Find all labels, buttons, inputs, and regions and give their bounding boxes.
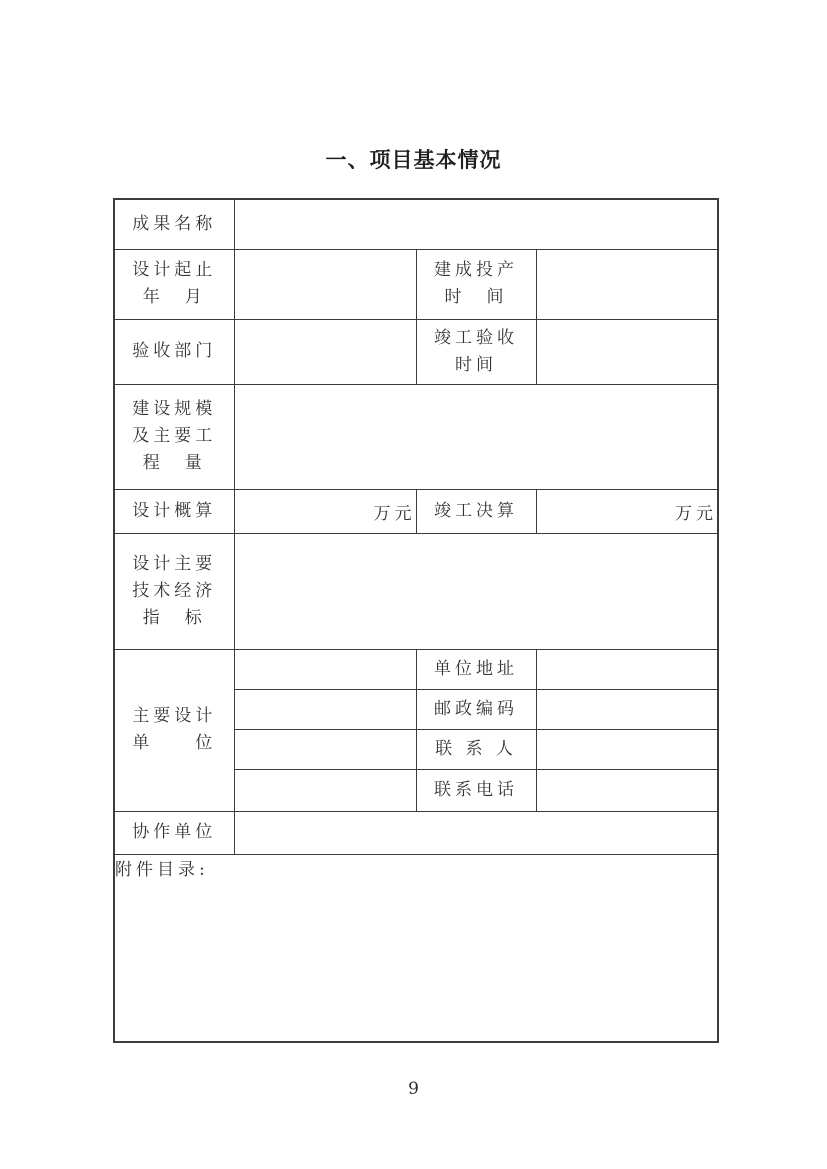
- unit-address-label: 单位地址: [416, 649, 536, 689]
- cooperation-unit-label: 协作单位: [114, 811, 234, 854]
- result-name-label: 成果名称: [114, 199, 234, 249]
- page-title: 一、项目基本情况: [0, 144, 827, 174]
- row-tech-indicator: 设计主要 技术经济 指 标: [114, 533, 718, 649]
- acceptance-dept-label: 验收部门: [114, 319, 234, 384]
- cooperation-unit-value-cell[interactable]: [234, 811, 718, 854]
- final-account-label: 竣工决算: [416, 489, 536, 533]
- final-acceptance-value-cell[interactable]: [536, 319, 718, 384]
- design-unit-name-cell-2[interactable]: [234, 689, 416, 729]
- row-design-unit-1: 主要设计 单 位 单位地址: [114, 649, 718, 689]
- contact-phone-label: 联系电话: [416, 769, 536, 811]
- postal-code-label: 邮政编码: [416, 689, 536, 729]
- design-unit-name-cell-1[interactable]: [234, 649, 416, 689]
- tech-indicator-label: 设计主要 技术经济 指 标: [114, 533, 234, 649]
- design-period-label: 设计起止 年 月: [114, 249, 234, 319]
- tech-indicator-value-cell[interactable]: [234, 533, 718, 649]
- design-estimate-label: 设计概算: [114, 489, 234, 533]
- row-scale: 建设规模 及主要工 程 量: [114, 384, 718, 489]
- final-account-value-cell[interactable]: 万元: [536, 489, 718, 533]
- main-design-unit-label: 主要设计 单 位: [114, 649, 234, 811]
- acceptance-dept-value-cell[interactable]: [234, 319, 416, 384]
- row-cooperation-unit: 协作单位: [114, 811, 718, 854]
- completion-date-value-cell[interactable]: [536, 249, 718, 319]
- row-design-period: 设计起止 年 月 建成投产 时 间: [114, 249, 718, 319]
- completion-date-label: 建成投产 时 间: [416, 249, 536, 319]
- unit-address-value-cell[interactable]: [536, 649, 718, 689]
- row-budget: 设计概算 万元 竣工决算 万元: [114, 489, 718, 533]
- design-estimate-value-cell[interactable]: 万元: [234, 489, 416, 533]
- design-unit-name-cell-4[interactable]: [234, 769, 416, 811]
- contact-person-value-cell[interactable]: [536, 729, 718, 769]
- design-unit-name-cell-3[interactable]: [234, 729, 416, 769]
- scale-value-cell[interactable]: [234, 384, 718, 489]
- row-attachments: 附件目录:: [114, 854, 718, 1042]
- attachment-list-cell[interactable]: 附件目录:: [114, 854, 718, 1042]
- result-name-value-cell[interactable]: [234, 199, 718, 249]
- page-number: 9: [0, 1079, 827, 1099]
- row-acceptance: 验收部门 竣工验收 时间: [114, 319, 718, 384]
- final-acceptance-label: 竣工验收 时间: [416, 319, 536, 384]
- project-info-table: 成果名称 设计起止 年 月 建成投产 时 间 验收部门 竣工验收 时间 建设规模…: [113, 198, 719, 1043]
- contact-person-label: 联 系 人: [416, 729, 536, 769]
- contact-phone-value-cell[interactable]: [536, 769, 718, 811]
- postal-code-value-cell[interactable]: [536, 689, 718, 729]
- attachment-label: 附件目录:: [115, 860, 209, 880]
- document-page: { "page": { "title": "一、项目基本情况", "page_n…: [0, 0, 827, 1169]
- scale-label: 建设规模 及主要工 程 量: [114, 384, 234, 489]
- row-result-name: 成果名称: [114, 199, 718, 249]
- design-period-value-cell[interactable]: [234, 249, 416, 319]
